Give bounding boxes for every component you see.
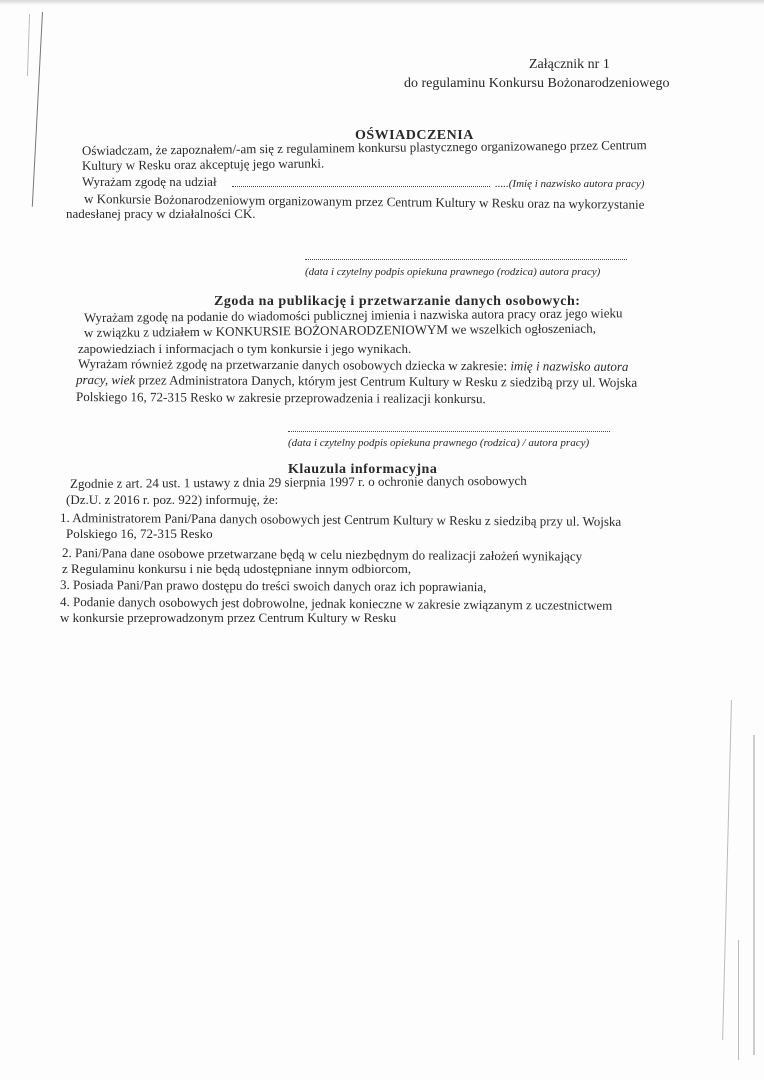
scan-edge-line	[722, 700, 732, 1040]
clause-line: (Dz.U. z 2016 r. poz. 922) informuję, że…	[66, 492, 278, 507]
author-name-hint: .....(Imię i nazwisko autora pracy)	[495, 177, 644, 192]
scan-edge-line	[753, 735, 755, 1055]
clause-line: 3. Posiada Pani/Pan prawo dostępu do tre…	[60, 577, 486, 594]
consent-line: pracy, wiek przez Administratora Danych,…	[76, 372, 637, 390]
consent-text: przez Administratora Danych, którym jest…	[138, 372, 637, 390]
annex-subtitle: do regulaminu Konkursu Bożonarodzenioweg…	[404, 76, 670, 91]
consent-line: zapowiedziach i informacjach o tym konku…	[78, 341, 411, 356]
clause-line: Polskiego 16, 72-315 Resko	[66, 526, 213, 541]
consent-line: w związku z udziałem w KONKURSIE BOŻONAR…	[84, 321, 596, 340]
signature-caption: (data i czytelny podpis opiekuna prawneg…	[305, 266, 600, 278]
declaration-line: Oświadczam, że zapoznałem/-am się z regu…	[82, 137, 647, 158]
clause-line: Zgodnie z art. 24 ust. 1 ustawy z dnia 2…	[70, 473, 527, 491]
scan-edge-line	[32, 12, 43, 207]
consent-text-italic: pracy, wiek	[76, 372, 135, 387]
author-name-field[interactable]	[232, 186, 490, 187]
declaration-line: Kultury w Resku oraz akceptuję jego waru…	[82, 155, 324, 173]
signature-field[interactable]	[288, 431, 610, 432]
clause-line: z Regulaminu konkursu i nie będą udostęp…	[62, 561, 411, 576]
declaration-line: nadesłanej pracy w działalności CK.	[66, 206, 256, 221]
consent-text-italic: imię i nazwisko autora	[510, 358, 628, 374]
consent-label: Wyrażam zgodę na udział	[82, 174, 217, 189]
signature-caption: (data i czytelny podpis opiekuna prawneg…	[288, 437, 589, 449]
scan-top-shadow	[0, 0, 764, 5]
annex-number: Załącznik nr 1	[529, 57, 610, 72]
consent-line: Wyrażam również zgodę na przetwarzanie d…	[78, 356, 629, 374]
consent-text: Wyrażam również zgodę na przetwarzanie d…	[78, 356, 507, 373]
consent-line: Polskiego 16, 72-315 Resko w zakresie pr…	[76, 389, 486, 406]
scan-edge-line	[738, 940, 739, 1060]
clause-line: w konkursie przeprowadzonym przez Centru…	[60, 610, 396, 625]
scanned-document-page: Załącznik nr 1 do regulaminu Konkursu Bo…	[0, 0, 764, 1080]
signature-field[interactable]	[305, 259, 627, 260]
scan-edge-line	[27, 14, 30, 76]
